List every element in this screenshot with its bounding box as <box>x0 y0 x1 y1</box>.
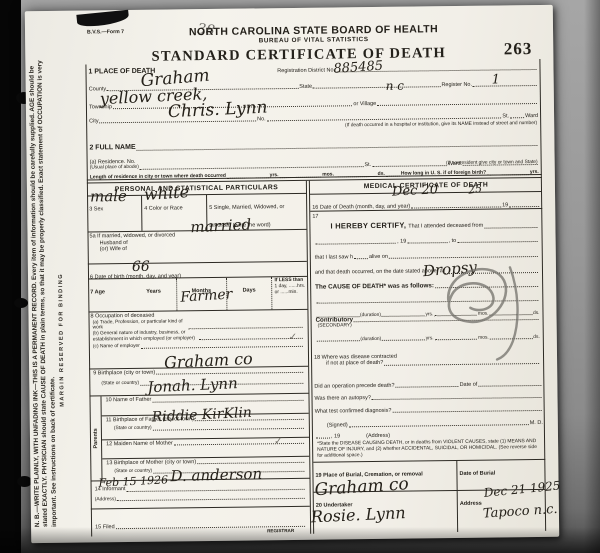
rule-line <box>313 84 440 89</box>
margin-warning-text: N. B.—WRITE PLAINLY, WITH UNFADING INK—T… <box>28 57 59 527</box>
age-years-label: Years <box>146 289 161 295</box>
married-handwritten: married <box>190 217 251 235</box>
state-label: State <box>299 84 312 90</box>
scanned-page-background: N. B.—WRITE PLAINLY, WITH UNFADING INK—T… <box>0 0 600 553</box>
nonresident-note: (If nonresident give city or town and St… <box>446 160 538 167</box>
occupation-handwritten: Farmer <box>180 287 233 304</box>
line2-to-label: , to <box>448 238 456 244</box>
district-number-handwritten: 885485 <box>333 60 383 76</box>
ward-label: Ward <box>525 113 538 119</box>
death-year-handwritten: 25 <box>467 183 483 196</box>
rule-line <box>317 339 360 343</box>
st-label: St. <box>502 113 509 119</box>
binding-margin: N. B.—WRITE PLAINLY, WITH UNFADING INK—T… <box>28 19 88 528</box>
disease-contracted-label-2: if not at place of death? <box>316 360 383 367</box>
age-label: 7 Age <box>90 290 105 296</box>
undertaker-handwritten: Rosie. Lynn <box>311 505 406 525</box>
scan-backing-left-strip <box>0 0 21 553</box>
rule-line <box>153 426 304 431</box>
rule-line <box>117 496 305 501</box>
informant-address-note: (Address) <box>95 497 116 503</box>
race-handwritten: white <box>144 184 190 203</box>
rule-line <box>457 239 537 243</box>
certify-bold-label: I HEREBY CERTIFY, <box>314 222 406 232</box>
rule-line <box>473 83 537 87</box>
filed-date-handwritten: Feb 15 1926 <box>98 474 168 488</box>
last-saw-label: that I last saw h <box>315 254 353 261</box>
age-days-label: Days <box>243 288 256 294</box>
rule-line <box>141 344 303 349</box>
rule-line <box>354 256 368 259</box>
date-of-death-handwritten: Dec 20 <box>392 183 439 198</box>
printed-19: 19 <box>502 202 508 208</box>
rule-line <box>199 336 303 340</box>
birthplace-label: 9 Birthplace (city or town) <box>93 370 155 377</box>
industry-label: (b) General nature of industry, business… <box>93 330 198 343</box>
less-than-label-3: or ......min. <box>275 289 306 295</box>
employer-label: (c) Name of employer <box>93 344 140 350</box>
less-than-label-2: 1 day, ......hrs. <box>274 284 305 290</box>
burial-date-label: Date of Burial <box>459 471 495 477</box>
date-of-death-label: 16 Date of Death (month, day, and year) <box>312 203 410 211</box>
father-name-handwritten: Jonah. Lynn <box>147 376 238 395</box>
rule-line <box>197 460 304 464</box>
scan-shadow-right <box>584 0 600 553</box>
cause-of-death-label: The CAUSE OF DEATH* was as follows: <box>315 282 434 291</box>
register-no-handwritten: 1 <box>492 73 500 86</box>
birthplace-state-note: (State or country) <box>93 381 139 387</box>
pencil-scribble <box>418 249 554 371</box>
certificate-number: 263 <box>504 39 533 59</box>
father-state-note: (State or country) <box>106 426 152 432</box>
full-name-label: 2 FULL NAME <box>89 144 135 153</box>
abode-note: (Usual place of abode) <box>90 165 139 171</box>
rule-line <box>510 115 524 118</box>
item-17-number: 17 <box>312 214 318 220</box>
rule-line <box>316 241 396 245</box>
rule-line <box>484 225 537 229</box>
parents-vertical-label: Parents <box>89 397 102 481</box>
rule-line <box>411 204 501 208</box>
full-name-handwritten: Chris. Lynn <box>168 100 268 122</box>
rule-line <box>407 240 447 243</box>
scan-shadow-bottom <box>0 527 600 553</box>
registration-district-label: Registration District No. <box>277 67 335 74</box>
certify-text: That I attended deceased from <box>408 223 483 230</box>
line2-19-label: , 19 <box>397 238 406 244</box>
cause-of-death-footnote: *State the DISEASE CAUSING DEATH, or in … <box>313 437 545 463</box>
age-handwritten: 66 <box>132 260 150 274</box>
residence-st-label: St. <box>364 162 371 168</box>
duration2-label: (duration) <box>360 337 381 343</box>
pencil-checkmark: ✓ <box>274 436 283 447</box>
birthplace-handwritten: Graham co <box>164 351 253 371</box>
register-no-label: Register No. <box>441 82 472 89</box>
undertaker-address-handwritten: Tapoco n.c. <box>483 503 558 521</box>
rule-line <box>372 163 447 167</box>
sex-handwritten: male <box>90 189 127 204</box>
undertaker-address-label: Address <box>460 501 482 507</box>
alive-on-label: alive on <box>369 254 388 261</box>
sex-label: 3 Sex <box>89 207 103 213</box>
father-name-label: 10 Name of Father <box>105 397 151 404</box>
city-label: City <box>89 118 99 124</box>
certificate-form: B.V.S.—Form 7 38 NORTH CAROLINA STATE BO… <box>85 11 548 539</box>
rule-line <box>152 397 303 402</box>
registrar-signature-handwritten: D. anderson <box>170 467 262 485</box>
rule-line <box>316 436 330 439</box>
rule-line <box>127 486 305 491</box>
rule-line <box>509 204 539 207</box>
race-label: 4 Color or Race <box>144 206 183 212</box>
state-handwritten: n c <box>386 80 404 92</box>
rule-line <box>174 441 304 446</box>
pencil-checkmark: ✓ <box>289 332 298 343</box>
paper-tear-mark <box>14 298 28 308</box>
or-village-label: or Village <box>353 101 376 108</box>
rule-line <box>377 101 537 106</box>
mother-birthplace-label: 13 Birthplace of Mother (city or town) <box>106 459 196 466</box>
death-certificate-document: N. B.—WRITE PLAINLY, WITH UNFADING INK—T… <box>25 5 559 543</box>
mother-name-label: 12 Maiden Name of Mother <box>106 440 173 447</box>
